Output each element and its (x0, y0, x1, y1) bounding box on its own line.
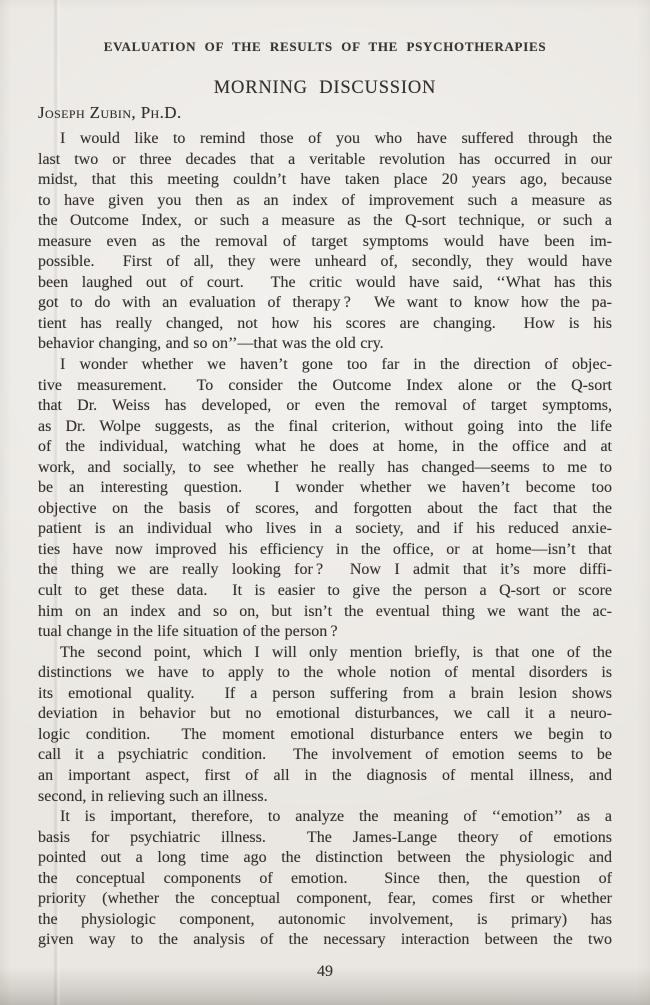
text-line: him on an index and so on, but isn’t the… (38, 602, 612, 623)
text-line: behavior changing, and so on’’—that was … (38, 334, 612, 355)
text-line: an important aspect, first of all in the… (38, 766, 612, 787)
text-line: I wonder whether we haven’t gone too far… (38, 355, 612, 376)
text-line: patient is an individual who lives in a … (38, 519, 612, 540)
text-line: The second point, which I will only ment… (38, 643, 612, 664)
text-line: call it a psychiatric condition. The inv… (38, 745, 612, 766)
text-line: objective on the basis of scores, and fo… (38, 499, 612, 520)
text-line: ties have now improved his efficiency in… (38, 540, 612, 561)
text-line: possible. First of all, they were unhear… (38, 252, 612, 273)
text-line: logic condition. The moment emotional di… (38, 725, 612, 746)
text-line: tual change in the life situation of the… (38, 622, 612, 643)
text-line: midst, that this meeting couldn’t have t… (38, 170, 612, 191)
text-line: the physiologic component, autonomic inv… (38, 910, 612, 931)
text-line: last two or three decades that a veritab… (38, 150, 612, 171)
text-line: second, in relieving such an illness. (38, 787, 612, 808)
speaker-byline: Joseph Zubin, Ph.D. (38, 103, 182, 123)
page-number: 49 (0, 963, 650, 981)
text-line: priority (whether the conceptual compone… (38, 889, 612, 910)
text-line: tient has really changed, not how his sc… (38, 314, 612, 335)
paragraph: I would like to remind those of you who … (38, 129, 612, 355)
running-head: EVALUATION OF THE RESULTS OF THE PSYCHOT… (0, 39, 650, 55)
text-line: its emotional quality. If a person suffe… (38, 684, 612, 705)
text-line: measure even as the removal of target sy… (38, 232, 612, 253)
text-line: to have given you then as an index of im… (38, 191, 612, 212)
text-line: basis for psychiatric illness. The James… (38, 828, 612, 849)
text-line: deviation in behavior but no emotional d… (38, 704, 612, 725)
text-line: the Outcome Index, or such a measure as … (38, 211, 612, 232)
text-line: tive measurement. To consider the Outcom… (38, 376, 612, 397)
text-line: work, and socially, to see whether he re… (38, 458, 612, 479)
text-line: got to do with an evaluation of therapy … (38, 293, 612, 314)
paragraph: It is important, therefore, to analyze t… (38, 807, 612, 951)
text-line: given way to the analysis of the necessa… (38, 930, 612, 951)
text-line: that Dr. Weiss has developed, or even th… (38, 396, 612, 417)
section-title: MORNING DISCUSSION (0, 78, 650, 99)
text-line: distinctions we have to apply to the who… (38, 663, 612, 684)
text-line: be an interesting question. I wonder whe… (38, 478, 612, 499)
text-line: been laughed out of court. The critic wo… (38, 273, 612, 294)
paragraph: I wonder whether we haven’t gone too far… (38, 355, 612, 643)
text-line: of the individual, watching what he does… (38, 437, 612, 458)
body-text: I would like to remind those of you who … (38, 129, 612, 951)
text-line: as Dr. Wolpe suggests, as the final crit… (38, 417, 612, 438)
text-line: It is important, therefore, to analyze t… (38, 807, 612, 828)
text-line: cult to get these data. It is easier to … (38, 581, 612, 602)
scanned-book-page: EVALUATION OF THE RESULTS OF THE PSYCHOT… (0, 0, 650, 1005)
paragraph: The second point, which I will only ment… (38, 643, 612, 807)
text-line: the conceptual components of emotion. Si… (38, 869, 612, 890)
text-line: pointed out a long time ago the distinct… (38, 848, 612, 869)
text-line: the thing we are really looking for ? No… (38, 560, 612, 581)
text-line: I would like to remind those of you who … (38, 129, 612, 150)
